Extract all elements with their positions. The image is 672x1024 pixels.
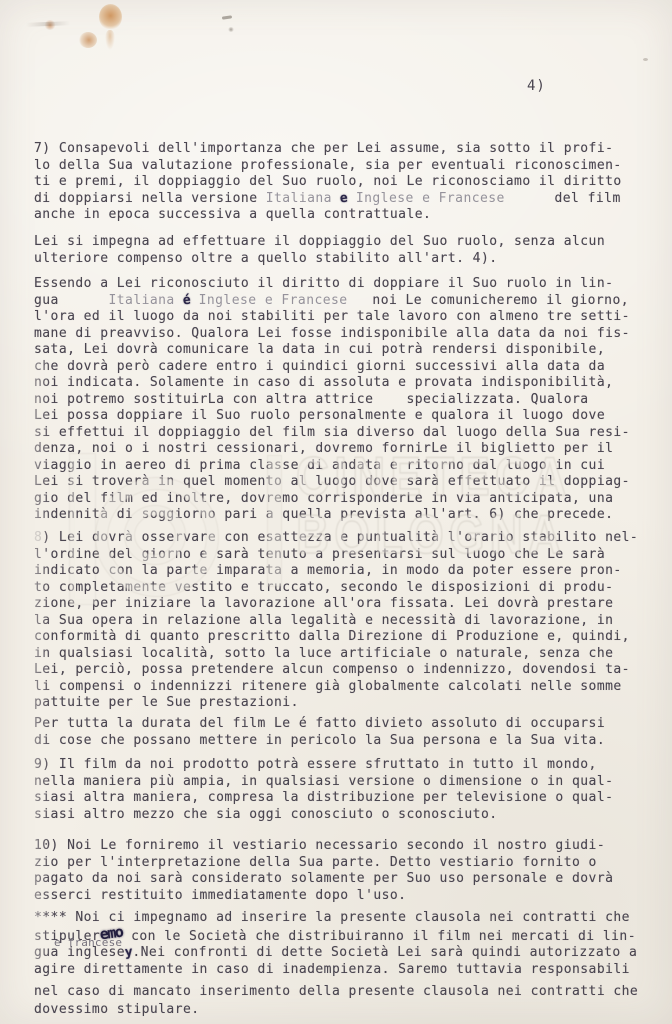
paragraph-essendo-text-end: noi Le comunicheremo il giorno, l'ora ed… xyxy=(34,293,630,523)
typed-fill-language-italiana: Italiana xyxy=(109,293,184,308)
paragraph-durata: Per tutta la durata del film Le é fatto … xyxy=(34,716,658,749)
paragraph-8-number-faint: 8 xyxy=(34,530,42,545)
typed-fill-language-inglese-francese: Inglese e Francese xyxy=(348,191,505,206)
rust-stain-medium xyxy=(79,32,97,48)
ink-speck xyxy=(222,15,232,19)
paragraph-impegna: Lei si impegna ad effettuare il doppiagg… xyxy=(34,234,658,267)
document-page: 4) 7) Consapevoli dell'importanza che pe… xyxy=(0,0,672,1024)
rust-stain-small xyxy=(44,20,56,30)
rust-stain-tail xyxy=(105,30,115,50)
ink-speck xyxy=(228,27,234,32)
paragraph-clause-asterisks: **** Noi ci impegnamo ad inserire la pre… xyxy=(34,910,658,978)
paragraph-8: 8) Lei dovrà osservare con esattezza e p… xyxy=(34,530,658,712)
paragraph-nel-caso: nel caso di mancato inserimento della pr… xyxy=(34,984,658,1001)
typed-fill-language-italiana: Italiana xyxy=(266,191,341,206)
paragraph-dovessimo: dovessimo stipulare. xyxy=(34,1002,658,1019)
page-number: 4) xyxy=(527,78,546,94)
typed-fill-language-inglese-francese: Inglese e Francese xyxy=(190,293,347,308)
rust-stain xyxy=(99,4,122,30)
paragraph-essendo: Essendo a Lei riconosciuto il diritto di… xyxy=(34,276,658,524)
paragraph-9: 9) Il film da noi prodotto potrà essere … xyxy=(34,757,658,823)
smudge-streak xyxy=(26,21,70,27)
paragraph-7: 7) Consapevoli dell'importanza che per L… xyxy=(34,141,658,224)
typed-insertion-e-francese: e francese xyxy=(54,935,122,952)
paragraph-8-text: ) Lei dovrà osservare con esattezza e pu… xyxy=(34,530,638,710)
paragraph-10: 10) Noi Le forniremo il vestiario necess… xyxy=(34,838,658,904)
ink-speck xyxy=(643,58,648,61)
